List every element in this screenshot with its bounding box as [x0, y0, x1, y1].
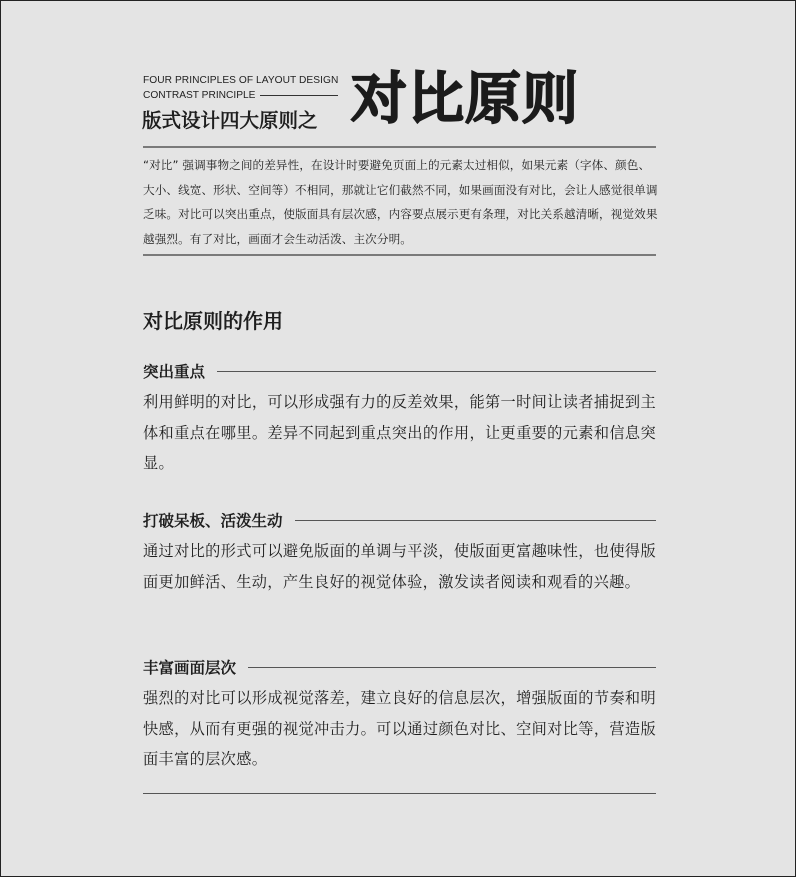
header: FOUR PRINCIPLES OF LAYOUT DESIGN CONTRAS…	[142, 75, 656, 137]
page: FOUR PRINCIPLES OF LAYOUT DESIGN CONTRAS…	[1, 1, 795, 876]
english-subtitle-line2: CONTRAST PRINCIPLE	[143, 90, 338, 101]
subsection-body: 强烈的对比可以形成视觉落差，建立良好的信息层次，增强版面的节奏和明快感，从而有更…	[143, 683, 656, 775]
subsection-rule	[248, 667, 656, 668]
english-subtitle-line1: FOUR PRINCIPLES OF LAYOUT DESIGN	[143, 75, 338, 86]
subsection-rule	[217, 371, 656, 372]
divider-bottom	[143, 793, 656, 794]
divider-intro-bottom	[143, 254, 656, 256]
subsection-rule	[295, 520, 656, 521]
intro-paragraph: “对比” 强调事物之间的差异性，在设计时要避免页面上的元素太过相似，如果元素（字…	[143, 153, 659, 251]
english-subtitle-line2-text: CONTRAST PRINCIPLE	[143, 90, 255, 101]
subsection-highlight: 突出重点 利用鲜明的对比，可以形成强有力的反差效果，能第一时间让读者捕捉到主体和…	[143, 360, 656, 479]
subsection-heading: 打破呆板、活泼生动	[143, 509, 283, 531]
subsection-lively: 打破呆板、活泼生动 通过对比的形式可以避免版面的单调与平淡，使版面更富趣味性，也…	[143, 509, 656, 597]
subsection-heading-row: 打破呆板、活泼生动	[143, 509, 656, 531]
subsection-heading-row: 突出重点	[143, 360, 656, 382]
subsection-heading: 丰富画面层次	[143, 656, 236, 678]
page-title: 对比原则	[351, 69, 579, 131]
subsection-layers: 丰富画面层次 强烈的对比可以形成视觉落差，建立良好的信息层次，增强版面的节奏和明…	[143, 656, 656, 775]
header-rule	[260, 95, 338, 96]
chinese-subtitle: 版式设计四大原则之	[142, 105, 318, 133]
section-title: 对比原则的作用	[143, 305, 283, 334]
subsection-body: 利用鲜明的对比，可以形成强有力的反差效果，能第一时间让读者捕捉到主体和重点在哪里…	[143, 387, 656, 479]
subsection-heading-row: 丰富画面层次	[143, 656, 656, 678]
divider-top	[143, 146, 656, 148]
subsection-heading: 突出重点	[143, 360, 205, 382]
subsection-body: 通过对比的形式可以避免版面的单调与平淡，使版面更富趣味性，也使得版面更加鲜活、生…	[143, 536, 656, 597]
